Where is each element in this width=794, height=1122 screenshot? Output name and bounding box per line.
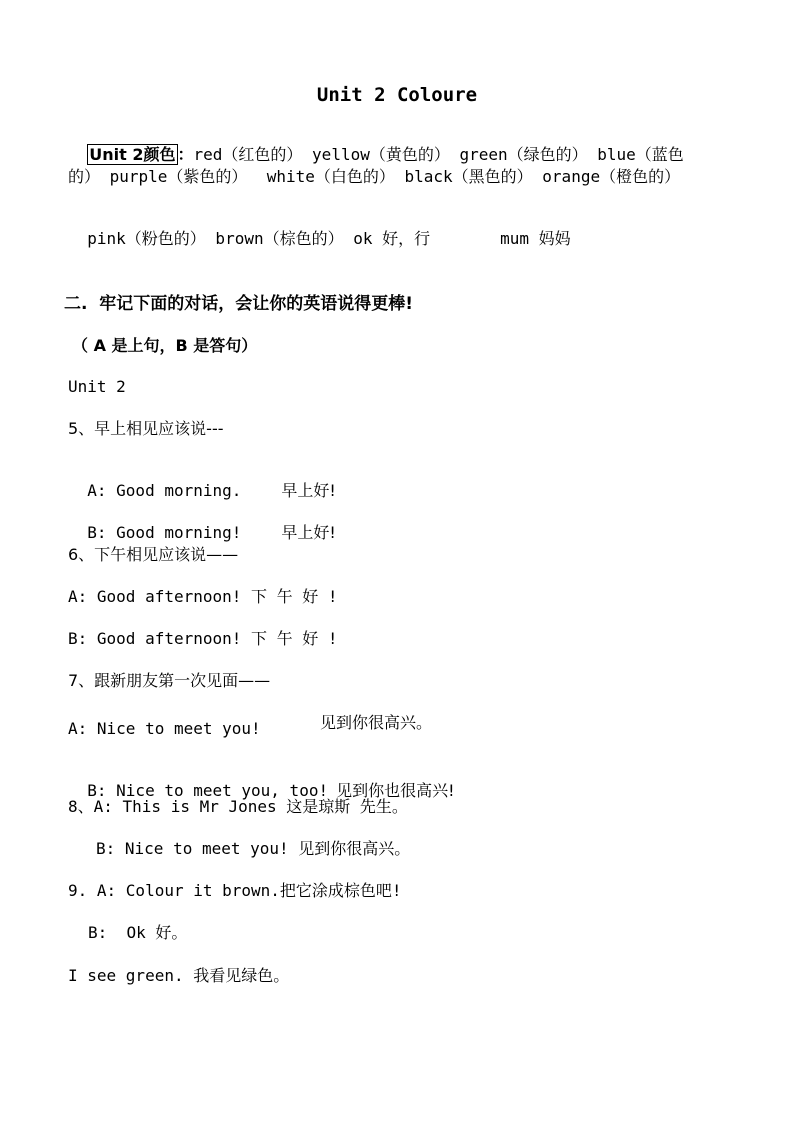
dialog-5-a-cn: 早上好! <box>281 481 335 500</box>
dialog-7-title: 7、跟新朋友第一次见面—— <box>68 671 270 691</box>
dialog-6-b: B: Good afternoon! 下 午 好 ! <box>68 629 338 649</box>
dialog-5-b: B: Good morning!早上好! <box>68 503 336 543</box>
dialog-6-a: A: Good afternoon! 下 午 好 ! <box>68 587 338 607</box>
dialog-7-a: A: Nice to meet you! <box>68 719 261 739</box>
vocab-text-3b: mum 妈妈 <box>500 229 571 248</box>
vocab-text-3: pink（粉色的） brown（棕色的） ok 好，行 <box>87 229 430 248</box>
dialog-6-title: 6、下午相见应该说—— <box>68 545 238 565</box>
dialog-8-b: B: Nice to meet you! 见到你很高兴。 <box>96 839 410 859</box>
dialog-5-b-en: B: Good morning! <box>87 523 241 542</box>
vocab-line-1: Unit 2颜色：red（红色的） yellow（黄色的） green（绿色的）… <box>68 125 684 165</box>
vocab-colon: ： <box>178 145 194 164</box>
extra-sentence: I see green. 我看见绿色。 <box>68 966 289 986</box>
dialog-5-title: 5、早上相见应该说--- <box>68 419 224 439</box>
dialog-9-b: B: Ok 好。 <box>88 923 187 943</box>
vocab-line-3: pink（粉色的） brown（棕色的） ok 好，行mum 妈妈 <box>68 209 571 249</box>
vocab-line-2: 的） purple（紫色的） white（白色的） black（黑色的） ora… <box>68 167 680 187</box>
dialog-5-b-cn: 早上好! <box>281 523 335 542</box>
dialog-5-a: A: Good morning.早上好! <box>68 461 336 501</box>
unit-label: Unit 2 <box>68 377 126 397</box>
vocab-label: Unit 2颜色 <box>87 144 177 165</box>
dialog-5-a-en: A: Good morning. <box>87 481 241 500</box>
section-note: （ A 是上句，B 是答句） <box>72 336 257 356</box>
section-heading: 二. 牢记下面的对话，会让你的英语说得更棒! <box>64 294 413 314</box>
dialog-7-b: B: Nice to meet you, too!见到你也很高兴! <box>68 761 455 801</box>
dialog-8-a: 8、A: This is Mr Jones 这是琼斯 先生。 <box>68 797 408 817</box>
vocab-text-1: red（红色的） yellow（黄色的） green（绿色的） blue（蓝色 <box>194 145 684 164</box>
dialog-7-a-cn: 见到你很高兴。 <box>320 713 432 733</box>
page-title: Unit 2 Coloure <box>0 84 794 106</box>
dialog-9-a: 9. A: Colour it brown.把它涂成棕色吧! <box>68 881 402 901</box>
